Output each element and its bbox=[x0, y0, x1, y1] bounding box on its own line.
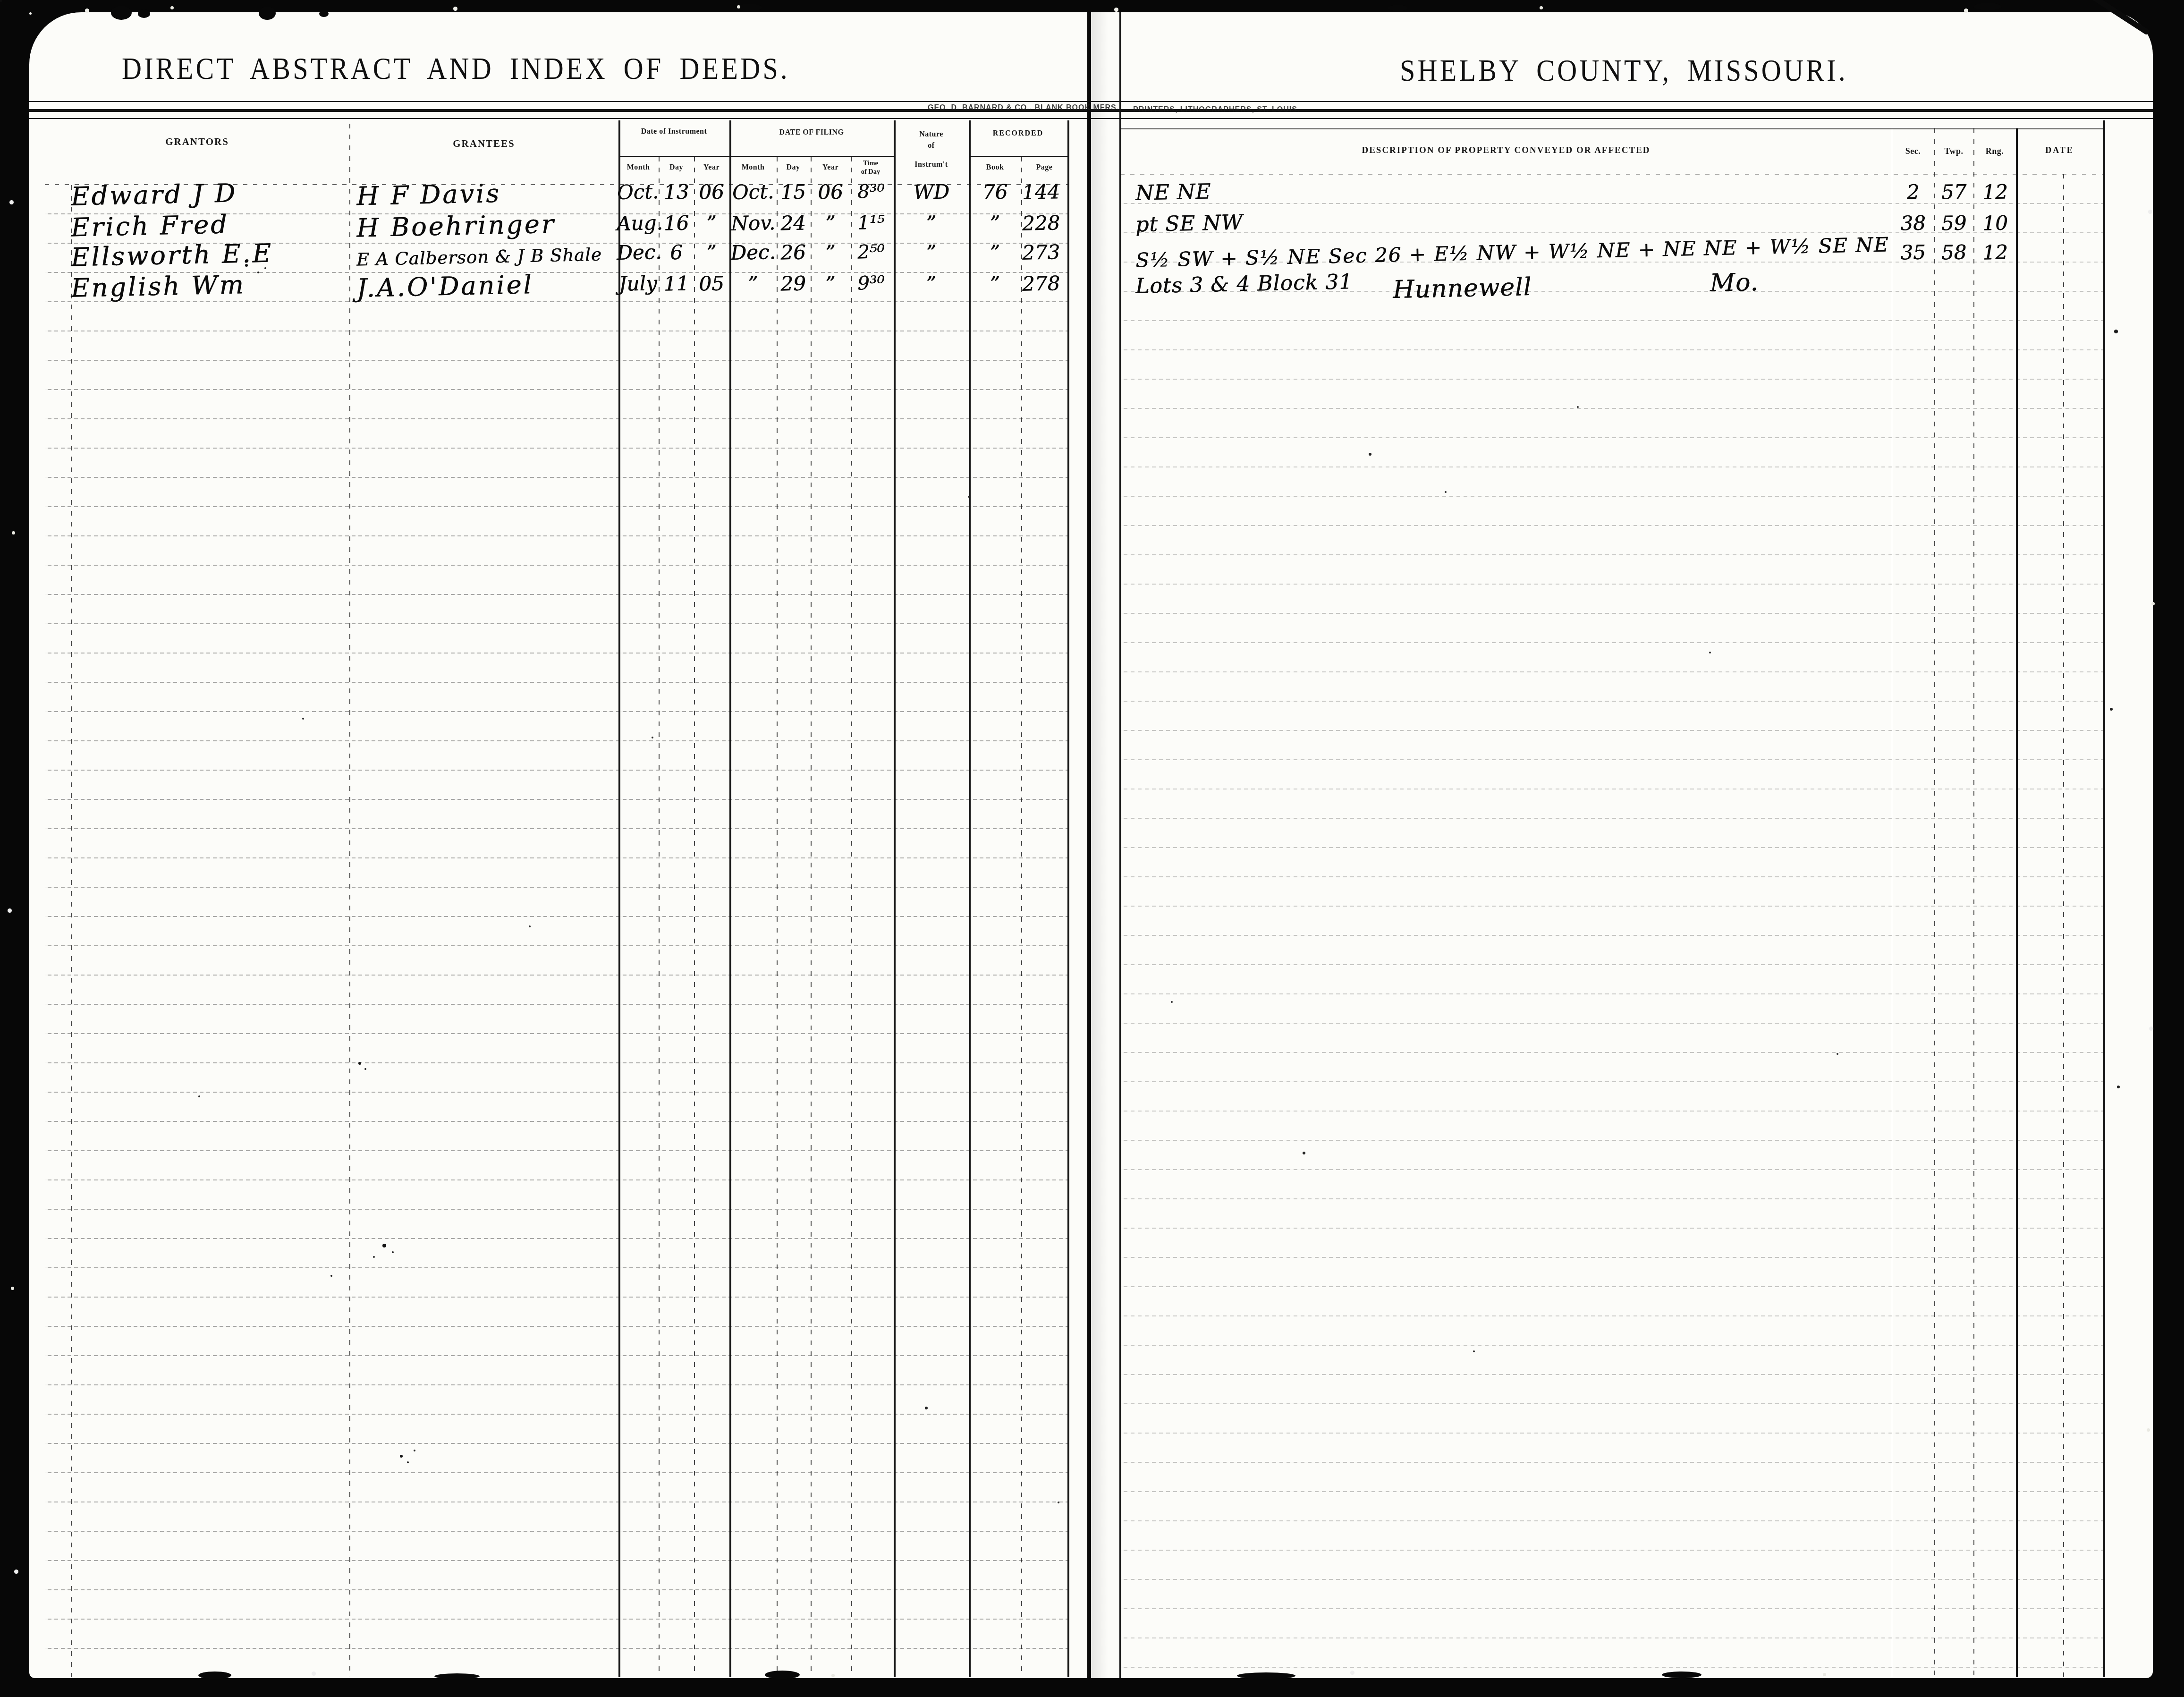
filing-time-entry: 8³⁰ bbox=[847, 182, 895, 202]
scan-blot bbox=[736, 4, 762, 11]
date-of-filing-header: DATE OF FILING bbox=[729, 128, 894, 137]
grantor-grantee-divider bbox=[349, 124, 350, 1677]
scanned-deed-index-page: DIRECT ABSTRACT AND INDEX OF DEEDS. SHEL… bbox=[0, 0, 2184, 1697]
file-year-ditto: ” bbox=[810, 213, 852, 234]
file-day-year-divider bbox=[811, 157, 812, 1677]
inst-year-header: Year bbox=[693, 163, 730, 172]
file-day-header: Day bbox=[776, 163, 811, 172]
page-entry: 228 bbox=[1015, 213, 1067, 234]
grantee-entry: E A Calberson & J B Shale bbox=[356, 246, 602, 269]
book-ditto: ” bbox=[969, 242, 1022, 263]
sec-twp-divider bbox=[1934, 128, 1935, 1677]
grantor-entry: Erich Fred bbox=[70, 212, 229, 241]
page-entry: 144 bbox=[1015, 182, 1067, 203]
recorded-box-left bbox=[969, 120, 971, 1677]
inst-month-entry: Dec. bbox=[617, 242, 660, 263]
scan-blot bbox=[198, 1672, 231, 1679]
grantor-entry: Ellsworth E.E bbox=[70, 241, 273, 271]
file-year-header: Year bbox=[810, 163, 851, 172]
book-ditto: ” bbox=[969, 213, 1022, 234]
inst-year-ditto: ” bbox=[693, 242, 730, 263]
page-entry: 278 bbox=[1015, 273, 1067, 294]
inst-day-year-divider bbox=[694, 157, 695, 1677]
file-month-entry: Nov. bbox=[729, 213, 777, 234]
scan-blot bbox=[434, 1673, 480, 1679]
inst-day-entry: 16 bbox=[659, 213, 694, 234]
file-day-entry: 26 bbox=[776, 242, 811, 263]
inst-month-day-divider bbox=[659, 157, 660, 1677]
sec-entry: 2 bbox=[1892, 182, 1935, 203]
sec-header: Sec. bbox=[1892, 146, 1934, 156]
left-margin-line bbox=[71, 185, 72, 1677]
rng-entry: 12 bbox=[1972, 242, 2018, 263]
right-page-title: SHELBY COUNTY, MISSOURI. bbox=[1400, 53, 1848, 89]
book-header: Book bbox=[969, 163, 1021, 172]
right-page-right-edge bbox=[2103, 120, 2105, 1677]
inst-month-entry: July bbox=[617, 273, 660, 294]
rng-entry: 12 bbox=[1972, 182, 2018, 203]
scan-blot bbox=[1662, 1672, 1701, 1678]
scan-blot bbox=[111, 6, 132, 20]
property-description: NE NE bbox=[1135, 181, 1211, 204]
grantee-entry: H F Davis bbox=[356, 181, 501, 209]
scan-blot bbox=[1237, 1672, 1295, 1679]
book-entry: 76 bbox=[969, 182, 1022, 203]
twp-entry: 58 bbox=[1934, 242, 1974, 263]
scan-blot bbox=[138, 9, 150, 18]
book-ditto: ” bbox=[969, 273, 1022, 294]
nature-entry: WD bbox=[894, 181, 969, 203]
property-description-town: Hunnewell Mo. bbox=[1393, 270, 1759, 302]
right-page-left-edge bbox=[1119, 12, 1121, 1678]
filing-time-entry: 1¹⁵ bbox=[847, 213, 895, 233]
filing-time-entry: 9³⁰ bbox=[847, 273, 895, 293]
inst-year-entry: 05 bbox=[693, 273, 730, 294]
file-day-entry: 24 bbox=[776, 213, 811, 234]
nature-ditto: ” bbox=[894, 273, 969, 294]
file-month-day-divider bbox=[777, 157, 778, 1677]
twp-entry: 57 bbox=[1934, 182, 1974, 203]
scan-blot bbox=[319, 10, 329, 17]
date-header: DATE bbox=[2016, 145, 2103, 155]
scan-blot bbox=[1388, 5, 1408, 11]
nature-header-line2: of bbox=[894, 142, 969, 150]
twp-rng-divider bbox=[1973, 128, 1974, 1677]
scan-blot bbox=[1973, 3, 2002, 10]
ruled-lines-left-page bbox=[45, 185, 1067, 1675]
time-of-day-header-line1: Time bbox=[847, 160, 894, 168]
grantors-header: GRANTORS bbox=[45, 136, 349, 148]
grantee-entry: H Boehringer bbox=[356, 212, 555, 241]
rng-entry: 10 bbox=[1972, 213, 2018, 234]
page-entry: 273 bbox=[1015, 242, 1067, 263]
file-year-time-divider bbox=[851, 157, 852, 1677]
description-header: DESCRIPTION OF PROPERTY CONVEYED OR AFFE… bbox=[1120, 145, 1892, 156]
gutter-shadow bbox=[1089, 12, 1118, 1678]
file-month-entry: Dec. bbox=[729, 242, 777, 263]
recorded-underline bbox=[969, 156, 1067, 157]
inst-day-entry: 11 bbox=[659, 273, 694, 294]
twp-header: Twp. bbox=[1934, 146, 1973, 156]
inst-year-entry: 06 bbox=[693, 182, 730, 203]
grantee-entry: J.A.O'Daniel bbox=[356, 272, 533, 301]
ruled-lines-right-page bbox=[1120, 175, 2103, 1675]
nature-box-left bbox=[894, 120, 896, 1677]
sec-entry: 35 bbox=[1892, 242, 1935, 263]
grantor-entry: Edward J D bbox=[70, 180, 237, 209]
file-year-entry: 06 bbox=[810, 182, 852, 203]
left-page-title: DIRECT ABSTRACT AND INDEX OF DEEDS. bbox=[122, 51, 790, 87]
twp-entry: 59 bbox=[1934, 213, 1974, 234]
property-description: Lots 3 & 4 Block 31 bbox=[1135, 272, 1353, 297]
recorded-header: RECORDED bbox=[969, 129, 1067, 138]
file-month-header: Month bbox=[729, 163, 777, 172]
nature-ditto: ” bbox=[894, 212, 969, 234]
filing-time-entry: 2⁵⁰ bbox=[847, 242, 895, 262]
grantees-header: GRANTEES bbox=[349, 138, 618, 150]
inst-month-header: Month bbox=[617, 163, 660, 172]
header-bottom-line-right bbox=[1120, 174, 2103, 175]
sec-col-left bbox=[1892, 128, 1892, 1677]
time-of-day-header-line2: of Day bbox=[847, 168, 894, 176]
printer-credit-right: PRINTERS, LITHOGRAPHERS, ST. LOUIS. bbox=[1133, 106, 1300, 114]
date-of-instrument-header: Date of Instrument bbox=[618, 127, 729, 136]
file-day-entry: 15 bbox=[776, 182, 811, 203]
inst-month-entry: Aug. bbox=[617, 213, 660, 234]
page-header: Page bbox=[1021, 163, 1067, 172]
rng-header: Rng. bbox=[1973, 146, 2016, 156]
border-speckles bbox=[29, 12, 32, 15]
page-speckles bbox=[0, 0, 2, 2]
inst-day-entry: 13 bbox=[659, 182, 694, 203]
scan-blot bbox=[765, 1671, 800, 1679]
book-page-divider bbox=[1021, 157, 1022, 1677]
instrument-box-left bbox=[618, 120, 620, 1677]
file-day-entry: 29 bbox=[776, 273, 811, 294]
nature-header-line1: Nature bbox=[894, 130, 969, 139]
inst-day-header: Day bbox=[659, 163, 694, 172]
filing-box-left bbox=[729, 120, 731, 1677]
file-year-ditto: ” bbox=[810, 273, 852, 294]
nature-ditto: ” bbox=[894, 242, 969, 263]
file-year-ditto: ” bbox=[810, 242, 852, 263]
nature-header-line3: Instrum't bbox=[894, 161, 969, 169]
printer-credit-left: GEO. D. BARNARD & CO., BLANK BOOK MFRS. bbox=[928, 104, 1119, 112]
scan-blot bbox=[259, 7, 276, 20]
date-col-left bbox=[2016, 128, 2018, 1677]
inst-day-entry: 6 bbox=[659, 242, 694, 263]
right-header-top-rule bbox=[1120, 128, 2103, 129]
property-description: pt SE NW bbox=[1135, 212, 1244, 236]
file-month-entry: Oct. bbox=[729, 182, 777, 203]
sec-entry: 38 bbox=[1892, 213, 1935, 234]
inst-year-ditto: ” bbox=[693, 213, 730, 234]
grantor-entry: English Wm bbox=[70, 272, 245, 301]
date-col-center-line bbox=[2063, 174, 2064, 1677]
left-page-right-edge bbox=[1067, 120, 1069, 1677]
inst-month-entry: Oct. bbox=[617, 182, 660, 203]
file-month-ditto: ” bbox=[729, 273, 777, 294]
date-groups-underline bbox=[618, 156, 895, 157]
